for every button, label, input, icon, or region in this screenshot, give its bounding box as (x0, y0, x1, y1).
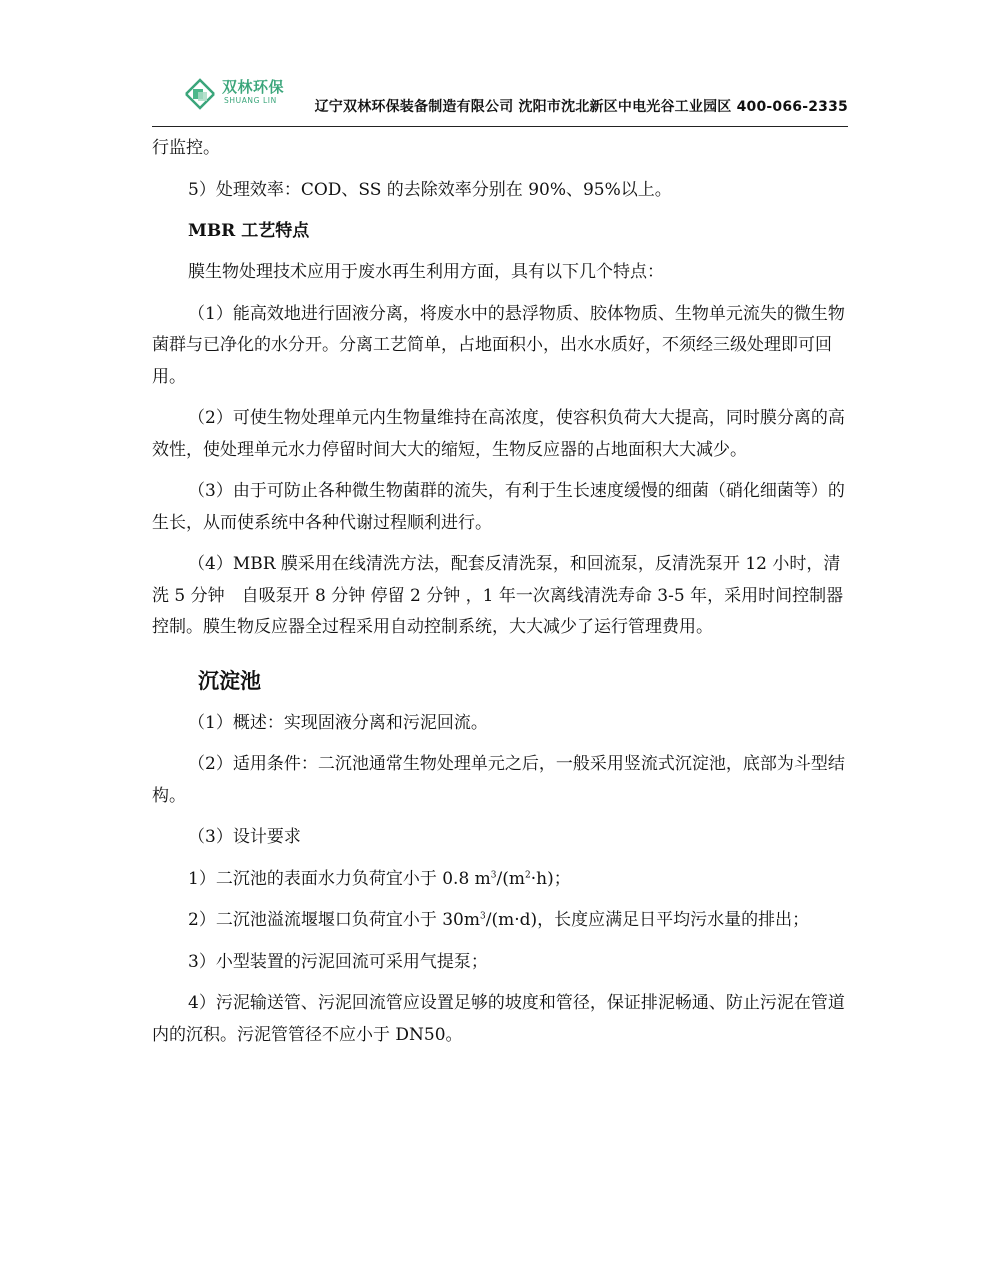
header-contact-line: 辽宁双林环保装备制造有限公司 沈阳市沈北新区中电光谷工业园区 400-066-2… (315, 96, 848, 116)
logo-chinese-name: 双林环保 (222, 76, 284, 97)
paragraph-mbr-feature-1: （1）能高效地进行固液分离，将废水中的悬浮物质、胶体物质、生物单元流失的微生物菌… (152, 299, 848, 394)
paragraph-mbr-feature-3: （3）由于可防止各种微生物菌群的流失，有利于生长速度缓慢的细菌（硝化细菌等）的生… (152, 476, 848, 539)
paragraph-design-req-3: 3）小型装置的污泥回流可采用气提泵； (152, 947, 848, 979)
paragraph-sed-design-heading: （3）设计要求 (152, 822, 848, 854)
req1-text-b: /(m (497, 869, 525, 889)
paragraph-continuation: 行监控。 (152, 133, 848, 165)
req1-text-c: ·h)； (531, 869, 571, 889)
header-divider (152, 126, 848, 127)
company-address: 沈阳市沈北新区中电光谷工业园区 (518, 99, 731, 115)
req2-text-a: 2）二沉池溢流堰堰口负荷宜小于 30m (188, 910, 480, 930)
paragraph-mbr-feature-2: （2）可使生物处理单元内生物量维持在高浓度，使容积负荷大大提高，同时膜分离的高效… (152, 403, 848, 466)
logo-english-name: SHUANG LIN (224, 96, 277, 105)
document-body: 行监控。 5）处理效率：COD、SS 的去除效率分别在 90%、95%以上。 M… (152, 133, 848, 1051)
paragraph-design-req-1: 1）二沉池的表面水力负荷宜小于 0.8 m3/(m2·h)； (152, 864, 848, 896)
section-heading-sedimentation: 沉淀池 (152, 664, 848, 698)
paragraph-sed-conditions: （2）适用条件：二沉池通常生物处理单元之后，一般采用竖流式沉淀池，底部为斗型结构… (152, 749, 848, 812)
paragraph-mbr-intro: 膜生物处理技术应用于废水再生利用方面，具有以下几个特点： (152, 257, 848, 289)
logo-diamond-icon (182, 76, 218, 112)
company-logo: 双林环保 SHUANG LIN (182, 74, 292, 116)
company-phone: 400-066-2335 (737, 99, 848, 115)
req2-text-b: /(m·d)，长度应满足日平均污水量的排出； (486, 910, 809, 930)
section-heading-mbr: MBR 工艺特点 (152, 216, 848, 247)
paragraph-sed-overview: （1）概述：实现固液分离和污泥回流。 (152, 708, 848, 740)
paragraph-efficiency: 5）处理效率：COD、SS 的去除效率分别在 90%、95%以上。 (152, 175, 848, 207)
paragraph-mbr-feature-4: （4）MBR 膜采用在线清洗方法，配套反清洗泵，和回流泵，反清洗泵开 12 小时… (152, 549, 848, 644)
req1-text-a: 1）二沉池的表面水力负荷宜小于 0.8 m (188, 869, 491, 889)
paragraph-design-req-4: 4）污泥输送管、污泥回流管应设置足够的坡度和管径，保证排泥畅通、防止污泥在管道内… (152, 988, 848, 1051)
paragraph-design-req-2: 2）二沉池溢流堰堰口负荷宜小于 30m3/(m·d)，长度应满足日平均污水量的排… (152, 905, 848, 937)
company-name: 辽宁双林环保装备制造有限公司 (315, 99, 514, 115)
page-header: 双林环保 SHUANG LIN 辽宁双林环保装备制造有限公司 沈阳市沈北新区中电… (152, 70, 848, 128)
